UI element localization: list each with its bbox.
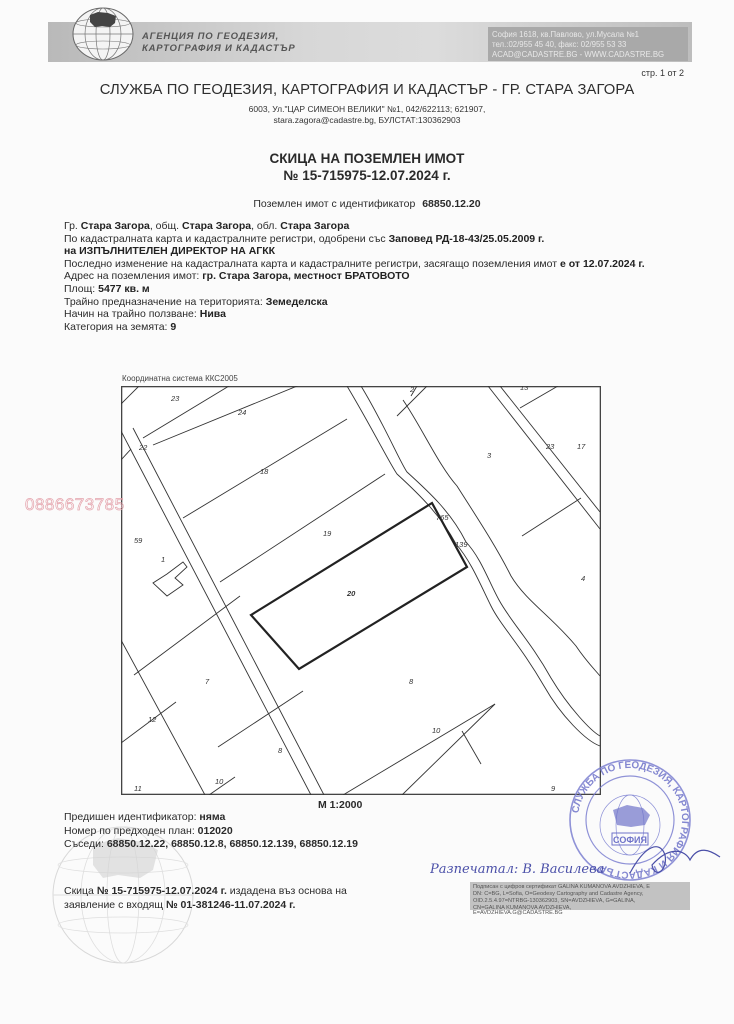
footer-info: Предишен идентификатор: няма Номер по пр…	[64, 811, 358, 852]
contact-email-web: ACAD@CADASTRE.BG - WWW.CADASTRE.BG	[492, 50, 688, 60]
issued-prefix: Скица	[64, 885, 94, 897]
neighbours: Съседи: 68850.12.22, 68850.12.8, 68850.1…	[64, 838, 358, 852]
category-line: Категория на земята: 9	[64, 321, 664, 334]
cert-line5: E=AVDZHIEVA.G@CADASTRE.BG	[473, 910, 563, 917]
cert-line1: Подписан с цифров сертификат GALINA KUMA…	[473, 884, 687, 891]
digital-signature-certificate: Подписан с цифров сертификат GALINA KUMA…	[470, 882, 690, 910]
document-title: СКИЦА НА ПОЗЕМЛЕН ИМОТ № 15-715975-12.07…	[0, 150, 734, 184]
property-identifier: Поземлен имот с идентификатор 68850.12.2…	[0, 198, 734, 210]
prev-plan-label: Номер по предходен план:	[64, 825, 195, 837]
issued-line1: Скица № 15-715975-12.07.2024 г. издадена…	[64, 884, 347, 898]
parcel-label: 10	[215, 777, 224, 786]
identifier-label: Поземлен имот с идентификатор	[253, 198, 415, 210]
parcel-label: 24	[237, 408, 246, 417]
purpose-line: Трайно предназначение на територията: Зе…	[64, 296, 664, 309]
parcel-label: 18	[260, 467, 269, 476]
issued-line2: заявление с входящ № 01-381246-11.07.202…	[64, 898, 347, 912]
parcel-label: 765	[436, 513, 449, 522]
page-number: стр. 1 от 2	[641, 68, 684, 78]
contact-phone: тел.:02/955 45 40, факс: 02/955 53 33	[492, 40, 688, 50]
agency-name-line1: АГЕНЦИЯ ПО ГЕОДЕЗИЯ,	[142, 31, 296, 43]
parcel-label: 1	[161, 555, 165, 564]
watermark-phone-number: 0886673785	[25, 495, 125, 515]
coordinate-system-label: Координатна система ККС2005	[122, 374, 238, 383]
approval-line: По кадастралната карта и кадастралните р…	[64, 233, 664, 246]
document-title-text: СКИЦА НА ПОЗЕМЛЕН ИМОТ	[0, 150, 734, 167]
office-address-line2: stara.zagora@cadastre.bg, БУЛСТАТ:130362…	[0, 115, 734, 126]
cert-line3: OID.2.5.4.97=NTRBG-130362903, SN=AVDZHIE…	[473, 898, 687, 905]
office-address-line1: 6003, Ул."ЦАР СИМЕОН ВЕЛИКИ" №1, 042/622…	[0, 104, 734, 115]
parcel-label: 139	[455, 540, 468, 549]
last-change-line: Последно изменение на кадастралната карт…	[64, 258, 664, 271]
issued-request-prefix: заявление с входящ	[64, 899, 163, 911]
address-label: Адрес на поземления имот:	[64, 270, 199, 282]
approval-authority: на ИЗПЪЛНИТЕЛЕН ДИРЕКТОР НА АГКК	[64, 245, 275, 257]
category-label: Категория на земята:	[64, 321, 167, 333]
issued-statement: Скица № 15-715975-12.07.2024 г. издадена…	[64, 884, 347, 912]
parcel-label: 23	[170, 394, 180, 403]
area-value: 5477 кв. м	[98, 283, 150, 295]
parcel-label: 2	[409, 386, 415, 394]
area-label: Площ:	[64, 283, 95, 295]
municipality: Стара Загора	[182, 220, 251, 232]
issued-mid: издадена въз основа на	[230, 885, 347, 897]
identifier-value: 68850.12.20	[422, 198, 480, 210]
address-value: гр. Стара Загора, местност БРАТОВОТО	[202, 270, 409, 282]
svg-text:Разпечатал: В. Василева: Разпечатал: В. Василева	[430, 862, 604, 877]
previous-identifier: Предишен идентификатор: няма	[64, 811, 358, 825]
approval-order: Заповед РД-18-43/25.05.2009 г.	[389, 233, 545, 245]
document-number: № 15-715975-12.07.2024 г.	[0, 167, 734, 184]
category-value: 9	[170, 321, 176, 333]
parcel-label: 4	[581, 574, 585, 583]
previous-plan-number: Номер по предходен план: 012020	[64, 825, 358, 839]
issued-request-number: № 01-381246-11.07.2024 г.	[166, 899, 295, 911]
globe-bulgaria-icon	[68, 5, 138, 63]
contact-address: София 1618, кв.Павлово, ул.Мусала №1	[492, 30, 688, 40]
prev-id-label: Предишен идентификатор:	[64, 811, 197, 823]
parcel-label: 22	[138, 443, 148, 452]
parcel-label: 19	[323, 529, 332, 538]
city: Стара Загора	[81, 220, 150, 232]
handwritten-signature: Разпечатал: В. Василева	[430, 835, 730, 885]
area-line: Площ: 5477 кв. м	[64, 283, 664, 296]
parcel-label: 11	[134, 784, 142, 793]
cadastral-map: 2324221819205917128101121332317765139481…	[121, 386, 601, 795]
issued-number: № 15-715975-12.07.2024 г.	[97, 885, 227, 897]
agency-name-line2: КАРТОГРАФИЯ И КАДАСТЪР	[142, 43, 296, 55]
approval-authority-line: на ИЗПЪЛНИТЕЛЕН ДИРЕКТОР НА АГКК	[64, 245, 664, 258]
parcel-label: 20	[346, 589, 356, 598]
usage-value: Нива	[200, 308, 226, 320]
usage-label: Начин на трайно ползване:	[64, 308, 197, 320]
neighbours-label: Съседи:	[64, 838, 104, 850]
purpose-value: Земеделска	[266, 296, 328, 308]
prev-id-value: няма	[199, 811, 225, 823]
last-change-text: Последно изменение на кадастралната карт…	[64, 258, 557, 270]
region: Стара Загора	[280, 220, 349, 232]
purpose-label: Трайно предназначение на територията:	[64, 296, 263, 308]
parcel-label: 23	[545, 442, 555, 451]
map-scale: М 1:2000	[318, 799, 362, 811]
usage-line: Начин на трайно ползване: Нива	[64, 308, 664, 321]
region-prefix: , обл.	[251, 220, 277, 232]
parcel-label: 13	[520, 386, 529, 392]
last-change-value: е от 12.07.2024 г.	[560, 258, 645, 270]
agency-name: АГЕНЦИЯ ПО ГЕОДЕЗИЯ, КАРТОГРАФИЯ И КАДАС…	[142, 31, 296, 55]
office-address: 6003, Ул."ЦАР СИМЕОН ВЕЛИКИ" №1, 042/622…	[0, 104, 734, 126]
address-line: Адрес на поземления имот: гр. Стара Заго…	[64, 270, 664, 283]
agency-contact: София 1618, кв.Павлово, ул.Мусала №1 тел…	[488, 27, 688, 61]
city-prefix: Гр.	[64, 220, 78, 232]
parcel-label: 17	[577, 442, 586, 451]
parcel-label: 12	[148, 715, 157, 724]
neighbours-value: 68850.12.22, 68850.12.8, 68850.12.139, 6…	[107, 838, 358, 850]
office-title: СЛУЖБА ПО ГЕОДЕЗИЯ, КАРТОГРАФИЯ И КАДАСТ…	[0, 82, 734, 98]
municipality-prefix: , общ.	[150, 220, 179, 232]
property-details: Гр. Стара Загора, общ. Стара Загора, обл…	[64, 220, 664, 333]
location-line: Гр. Стара Загора, общ. Стара Загора, обл…	[64, 220, 664, 233]
approval-text: По кадастралната карта и кадастралните р…	[64, 233, 386, 245]
parcel-label: 10	[432, 726, 441, 735]
cert-line2: DN: C=BG, L=Sofia, O=Geodesy Cartography…	[473, 891, 687, 898]
prev-plan-value: 012020	[198, 825, 233, 837]
parcel-label: 59	[134, 536, 143, 545]
